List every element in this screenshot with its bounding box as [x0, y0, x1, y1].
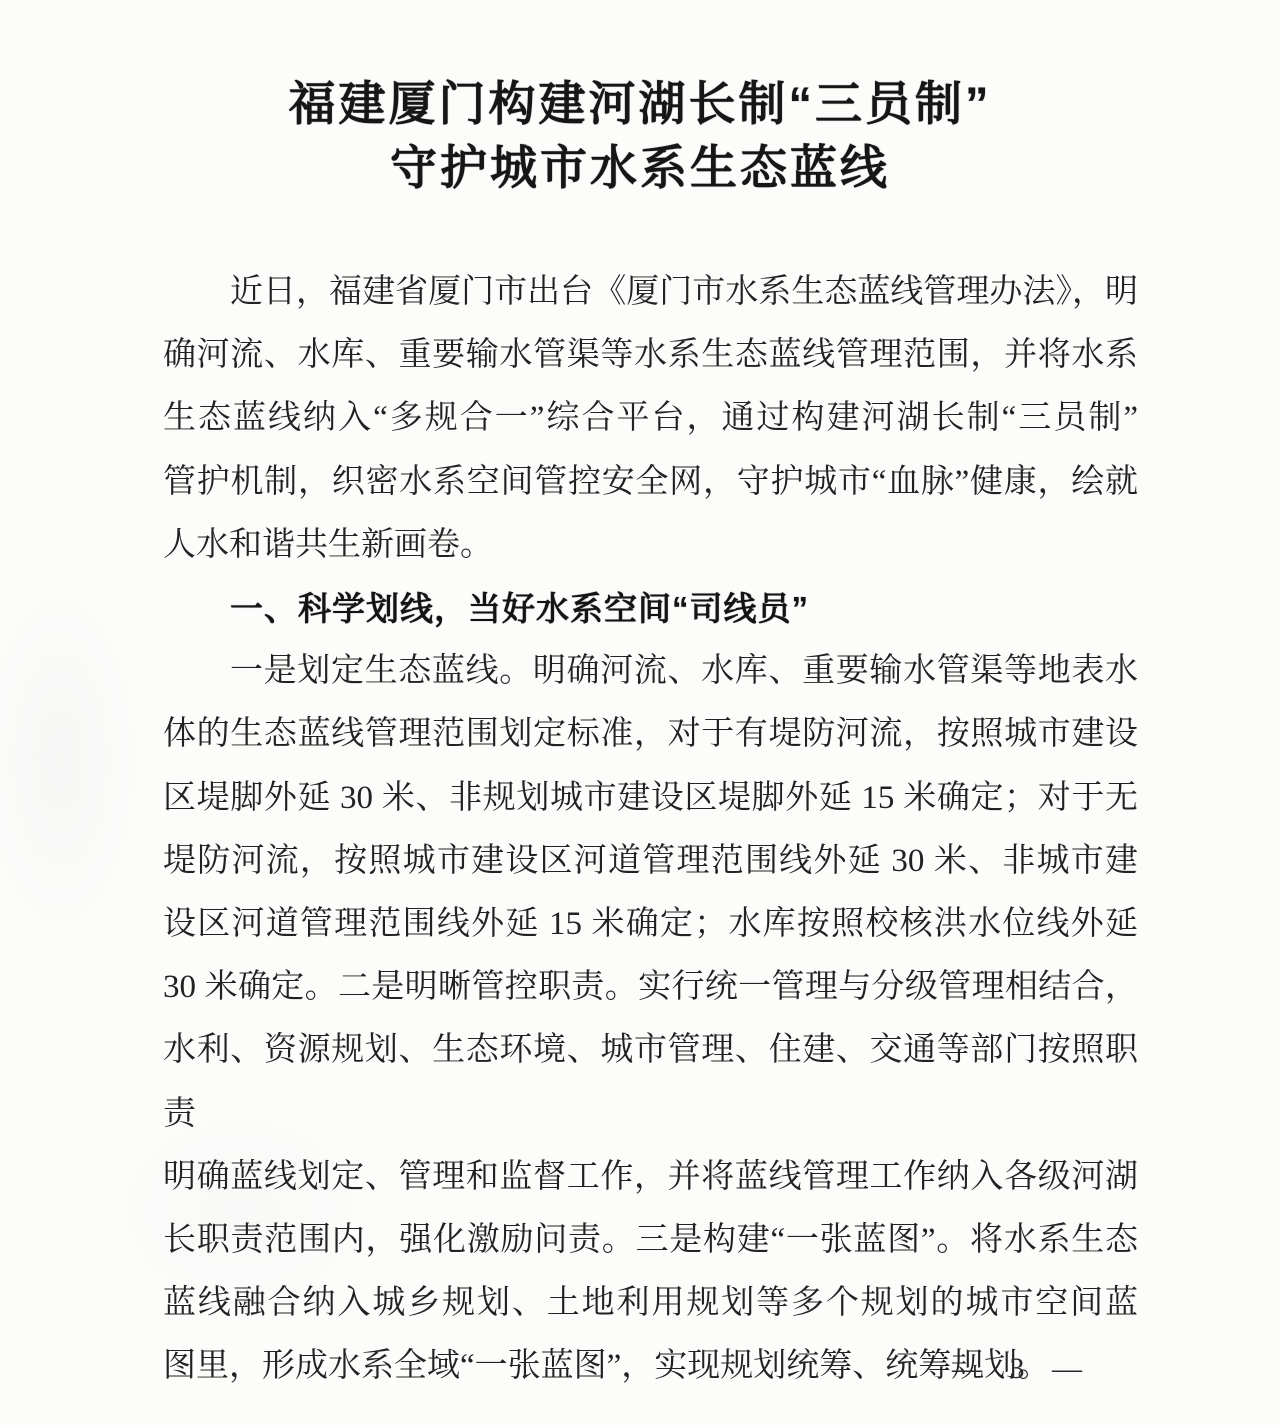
- title-line-2: 守护城市水系生态蓝线: [0, 136, 1280, 200]
- body-line: 长职责范围内，强化激励问责。三是构建“一张蓝图”。将水系生态: [163, 1209, 1138, 1272]
- document-page: 福建厦门构建河湖长制“三员制” 守护城市水系生态蓝线 近日，福建省厦门市出台《厦…: [0, 0, 1280, 1425]
- body-line: 蓝线融合纳入城乡规划、土地利用规划等多个规划的城市空间蓝: [163, 1272, 1138, 1335]
- document-title: 福建厦门构建河湖长制“三员制” 守护城市水系生态蓝线: [0, 72, 1280, 200]
- document-body: 近日，福建省厦门市出台《厦门市水系生态蓝线管理办法》，明 确河流、水库、重要输水…: [163, 261, 1138, 1399]
- title-line-1: 福建厦门构建河湖长制“三员制”: [0, 72, 1280, 136]
- body-line: 水利、资源规划、生态环境、城市管理、住建、交通等部门按照职责: [163, 1019, 1138, 1145]
- body-line: 人水和谐共生新画卷。: [163, 514, 1138, 577]
- body-line: 堤防河流，按照城市建设区河道管理范围线外延 30 米、非城市建: [163, 830, 1138, 893]
- body-line: 设区河道管理范围线外延 15 米确定；水库按照校核洪水位线外延: [163, 893, 1138, 956]
- body-line: 体的生态蓝线管理范围划定标准，对于有堤防河流，按照城市建设: [163, 703, 1138, 766]
- body-line: 明确蓝线划定、管理和监督工作，并将蓝线管理工作纳入各级河湖: [163, 1146, 1138, 1209]
- body-line: 一是划定生态蓝线。明确河流、水库、重要输水管渠等地表水: [163, 640, 1138, 703]
- body-line: 30 米确定。二是明晰管控职责。实行统一管理与分级管理相结合，: [163, 956, 1138, 1019]
- page-number: — 3 —: [952, 1352, 1092, 1386]
- body-line: 确河流、水库、重要输水管渠等水系生态蓝线管理范围，并将水系: [163, 324, 1138, 387]
- body-line: 近日，福建省厦门市出台《厦门市水系生态蓝线管理办法》，明: [163, 261, 1138, 324]
- section-heading: 一、科学划线，当好水系空间“司线员”: [163, 577, 1138, 640]
- body-line: 生态蓝线纳入“多规合一”综合平台，通过构建河湖长制“三员制”: [163, 387, 1138, 450]
- body-line: 管护机制，织密水系空间管控安全网，守护城市“血脉”健康，绘就: [163, 451, 1138, 514]
- body-line: 区堤脚外延 30 米、非规划城市建设区堤脚外延 15 米确定；对于无: [163, 767, 1138, 830]
